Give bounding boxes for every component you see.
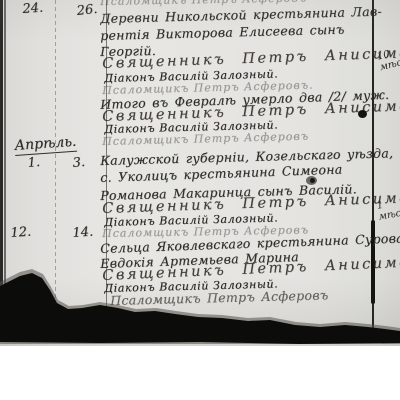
- record-line: Романова Макаринца сынъ Василій.: [100, 181, 357, 203]
- clergy-signature-line: Священникъ Петръ Анисимовъ: [102, 97, 400, 125]
- clergy-signature-line: Псаломщикъ Петръ Асферовъ: [102, 223, 309, 240]
- column-rule-left: [4, 0, 6, 300]
- clergy-signature-line: Діаконъ Василій Залозный.: [104, 277, 278, 295]
- record-line: Евдокія Артемьева Марина: [100, 249, 299, 271]
- record-line: Георгій.: [100, 43, 156, 59]
- scanned-register-page: 24. 26. Апрѣль. 1. 3. 12. 14. 10 мѣс. 1 …: [0, 0, 400, 400]
- ink-blot: [310, 178, 315, 183]
- clergy-signature-line: Псаломщикъ Петръ Асферовъ.: [102, 78, 314, 97]
- clergy-signature-line: Діаконъ Василій Залозный.: [104, 118, 278, 136]
- record-line: Калужской губерніи, Козельскаго уѣзда,: [100, 145, 393, 168]
- margin-day-number: 1.: [27, 155, 41, 171]
- clergy-signature-line: Діаконъ Василій Залозный.: [104, 211, 278, 229]
- ink-blot: [358, 110, 367, 118]
- clergy-signature-line: Священникъ Петръ Анисимовъ: [102, 189, 400, 217]
- record-line: с. Уколицъ крестьянина Симеона: [100, 162, 343, 185]
- clergy-signature-line: Псаломщикъ Петръ Асферовъ: [110, 287, 329, 308]
- column-rule-text-left: [106, 0, 107, 307]
- record-line: Деревни Никольской крестьянина Лав-: [100, 4, 382, 26]
- ink-blot: [306, 176, 317, 185]
- margin-record-number: 3.: [72, 155, 86, 171]
- margin-record-number: 14.: [72, 225, 94, 241]
- clergy-signature-line: Діаконъ Василій Залозный.: [104, 67, 278, 85]
- record-line: Псаломщикъ Петръ Асферовъ: [100, 0, 307, 8]
- age-entry: 10 мѣс.: [376, 46, 400, 74]
- age-entry: 1 мѣс.: [376, 197, 400, 223]
- left-edge-shadow: [0, 0, 3, 292]
- clergy-signature-line: Священникъ Петръ Анисимовъ: [102, 254, 400, 284]
- column-rule-inked-segment: [371, 220, 375, 304]
- record-line: Итого въ Февралѣ умерло два /2/ муж.: [100, 87, 390, 112]
- margin-day-number: 12.: [10, 225, 32, 241]
- clergy-signature-line: Псаломщикъ Петръ Асферовъ: [102, 130, 309, 148]
- record-line: Сельца Яковлевскаго крестьянина Сурова: [100, 230, 400, 256]
- column-rule-text-right: [372, 0, 374, 333]
- paper-scan: 24. 26. Апрѣль. 1. 3. 12. 14. 10 мѣс. 1 …: [0, 0, 400, 346]
- margin-record-number: 26.: [76, 2, 98, 19]
- margin-day-number: 24.: [22, 1, 44, 17]
- month-label: Апрѣль.: [14, 134, 77, 156]
- record-line: рентія Викторова Елисеева сынъ: [100, 22, 345, 43]
- clergy-signature-line: Священникъ Петръ Анисимовъ: [102, 44, 400, 72]
- column-rule-dates: [55, 0, 56, 303]
